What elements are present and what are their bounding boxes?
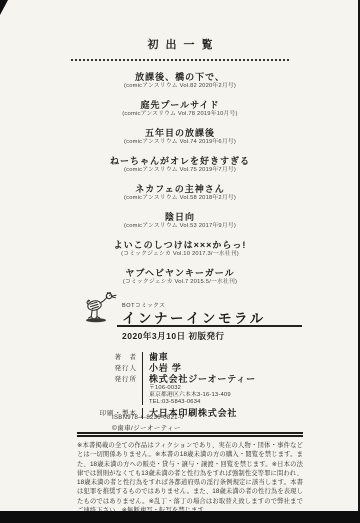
chapter-title: 五年目の放課後 xyxy=(62,128,298,139)
chapter-title: 陰日向 xyxy=(62,212,298,223)
isbn-number: ISBN978-4-8236-0821-0 xyxy=(112,415,184,421)
list-item: 放課後、橋の下で、 (comicアンスリウム Vol.82 2020年2月号) xyxy=(62,72,298,91)
chapter-title: ネカフェの主神さん xyxy=(62,184,298,195)
chapter-title: ねーちゃんがオレを好きすぎる xyxy=(62,156,298,167)
chapter-title: 放課後、橋の下で、 xyxy=(62,72,298,83)
book-title: インナーインモラル xyxy=(122,307,266,327)
publisher-person: 小岩 学 xyxy=(142,363,182,374)
publisher-postcode: 〒106-0032 xyxy=(142,385,302,392)
scan-edge-bottom xyxy=(0,511,360,523)
colophon-page: 初出一覧 放課後、橋の下で、 (comicアンスリウム Vol.82 2020年… xyxy=(0,0,360,523)
chapter-source: (comicアンスリウム Vol.78 2019年10月号) xyxy=(62,111,298,119)
chapter-source: (comicアンスリウム Vol.82 2020年2月号) xyxy=(62,83,298,91)
table-row: 著 者 歯車 xyxy=(84,352,302,363)
chapter-source: (コミックジェシカ Vol.7 2015.5/一水社刊) xyxy=(62,279,298,287)
publisher-address: 東京都港区六本木3-16-13-409 xyxy=(142,392,302,399)
list-item: ねーちゃんがオレを好きすぎる (comicアンスリウム Vol.75 2019年… xyxy=(62,156,298,175)
first-publication-section: 初出一覧 放課後、橋の下で、 (comicアンスリウム Vol.82 2020年… xyxy=(62,36,298,296)
author-name: 歯車 xyxy=(142,352,169,363)
dotted-divider xyxy=(71,59,289,61)
list-item: よいこのしつけは×××からっ! (コミックジェシカ Vol.10 2017.3/… xyxy=(62,240,298,259)
chapter-source: (comicアンスリウム Vol.74 2019年6月号) xyxy=(62,139,298,147)
publisher-phone: TEL:03-5843-0634 xyxy=(142,399,302,406)
chapter-title: よいこのしつけは×××からっ! xyxy=(62,240,298,251)
chapter-source: (コミックジェシカ Vol.10 2017.3/一水社刊) xyxy=(62,251,298,259)
chapter-title: ヤブヘビヤンキーガール xyxy=(62,268,298,279)
list-item: 庭先プールサイド (comicアンスリウム Vol.78 2019年10月号) xyxy=(62,100,298,119)
list-item: ヤブヘビヤンキーガール (コミックジェシカ Vol.7 2015.5/一水社刊) xyxy=(62,268,298,287)
row-label: 発行人 xyxy=(84,363,142,374)
publisher-company: 株式会社ジーオーティー xyxy=(142,374,256,385)
copyright-line: ©歯車/ジーオーティー xyxy=(112,423,181,432)
chapter-source: (comicアンスリウム Vol.75 2019年7月号) xyxy=(62,167,298,175)
chapter-source: (comicアンスリウム Vol.53 2017年9月号) xyxy=(62,223,298,231)
list-item: 五年目の放課後 (comicアンスリウム Vol.74 2019年6月号) xyxy=(62,128,298,147)
bird-mascot-icon xyxy=(84,292,120,324)
table-row: 発行所 株式会社ジーオーティー xyxy=(84,374,302,385)
list-item: ネカフェの主神さん (comicアンスリウム Vol.58 2018年2月号) xyxy=(62,184,298,203)
chapter-source: (comicアンスリウム Vol.58 2018年2月号) xyxy=(62,195,298,203)
legal-disclaimer: ※本書掲載の全ての作品はフィクションであり、実在の人物・団体・事件などとは一切関… xyxy=(77,432,303,515)
chapter-title: 庭先プールサイド xyxy=(62,100,298,111)
scan-corner-artifact xyxy=(0,0,8,15)
list-item: 陰日向 (comicアンスリウム Vol.53 2017年9月号) xyxy=(62,212,298,231)
publication-table: 著 者 歯車 発行人 小岩 学 発行所 株式会社ジーオーティー 〒106-003… xyxy=(84,352,302,419)
row-label: 著 者 xyxy=(84,352,142,363)
section-heading: 初出一覧 xyxy=(62,36,298,52)
publication-date: 2020年3月10日 初版発行 xyxy=(122,330,224,342)
row-label: 発行所 xyxy=(84,374,142,385)
title-rule xyxy=(117,325,302,327)
table-row: 発行人 小岩 学 xyxy=(84,363,302,374)
